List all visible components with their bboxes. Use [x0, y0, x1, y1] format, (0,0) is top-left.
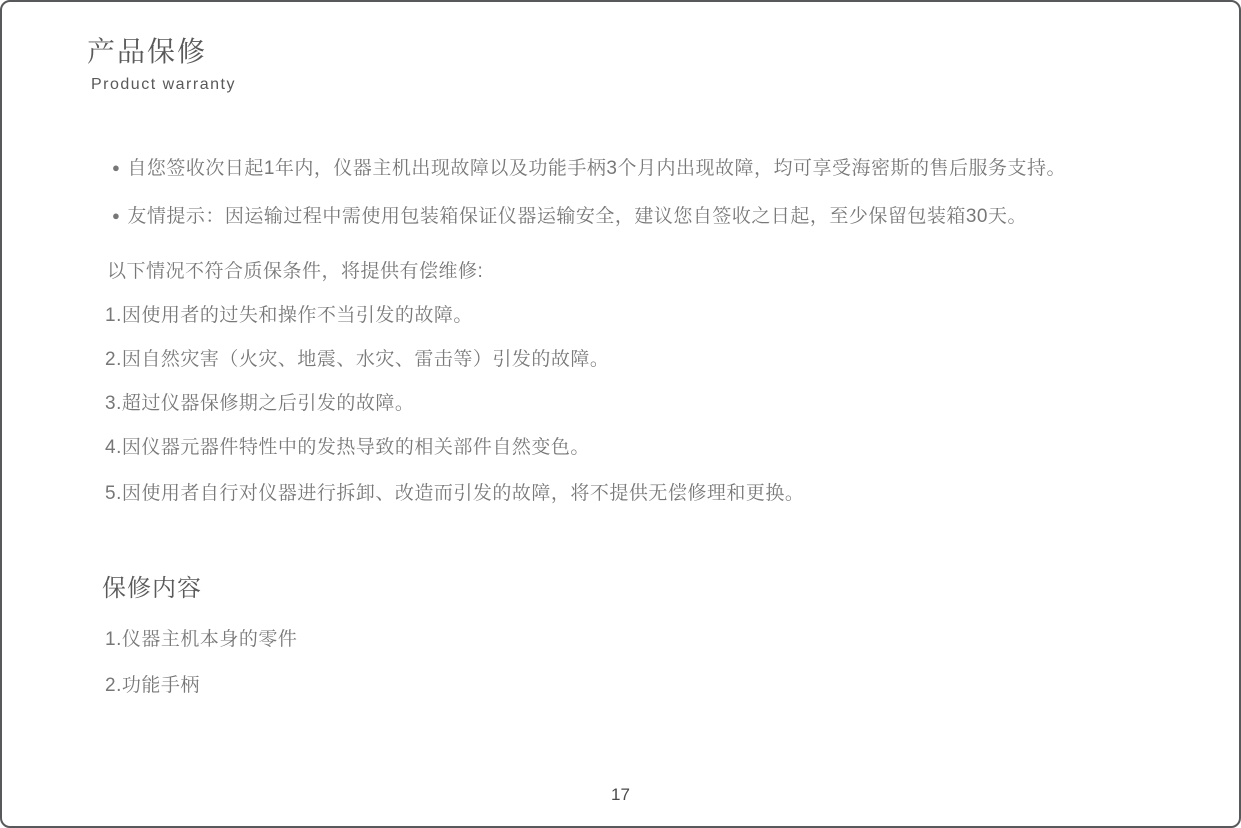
paid-repair-item: 2.因自然灾害（火灾、地震、水灾、雷击等）引发的故障。	[105, 344, 609, 371]
coverage-item: 2.功能手柄	[105, 670, 200, 697]
page-number: 17	[2, 785, 1239, 805]
paid-repair-item: 4.因仪器元器件特性中的发热导致的相关部件自然变色。	[105, 432, 590, 459]
warranty-note: ●友情提示：因运输过程中需使用包装箱保证仪器运输安全，建议您自签收之日起，至少保…	[112, 201, 1027, 228]
warranty-note: ●自您签收次日起1年内，仪器主机出现故障以及功能手柄3个月内出现故障，均可享受海…	[112, 153, 1066, 180]
warranty-note-text: 自您签收次日起1年内，仪器主机出现故障以及功能手柄3个月内出现故障，均可享受海密…	[127, 158, 1066, 179]
page-subtitle: Product warranty	[91, 76, 236, 94]
bullet-icon: ●	[112, 160, 120, 175]
paid-repair-intro: 以下情况不符合质保条件，将提供有偿维修:	[107, 256, 483, 283]
warranty-page: 产品保修 Product warranty ●自您签收次日起1年内，仪器主机出现…	[0, 0, 1241, 828]
paid-repair-item: 5.因使用者自行对仪器进行拆卸、改造而引发的故障，将不提供无偿修理和更换。	[105, 478, 804, 505]
coverage-section-title: 保修内容	[102, 568, 202, 603]
page-title: 产品保修	[87, 30, 207, 70]
bullet-icon: ●	[112, 208, 120, 223]
paid-repair-item: 3.超过仪器保修期之后引发的故障。	[105, 388, 414, 415]
paid-repair-item: 1.因使用者的过失和操作不当引发的故障。	[105, 300, 473, 327]
warranty-note-text: 友情提示：因运输过程中需使用包装箱保证仪器运输安全，建议您自签收之日起，至少保留…	[127, 206, 1027, 227]
coverage-item: 1.仪器主机本身的零件	[105, 624, 297, 651]
